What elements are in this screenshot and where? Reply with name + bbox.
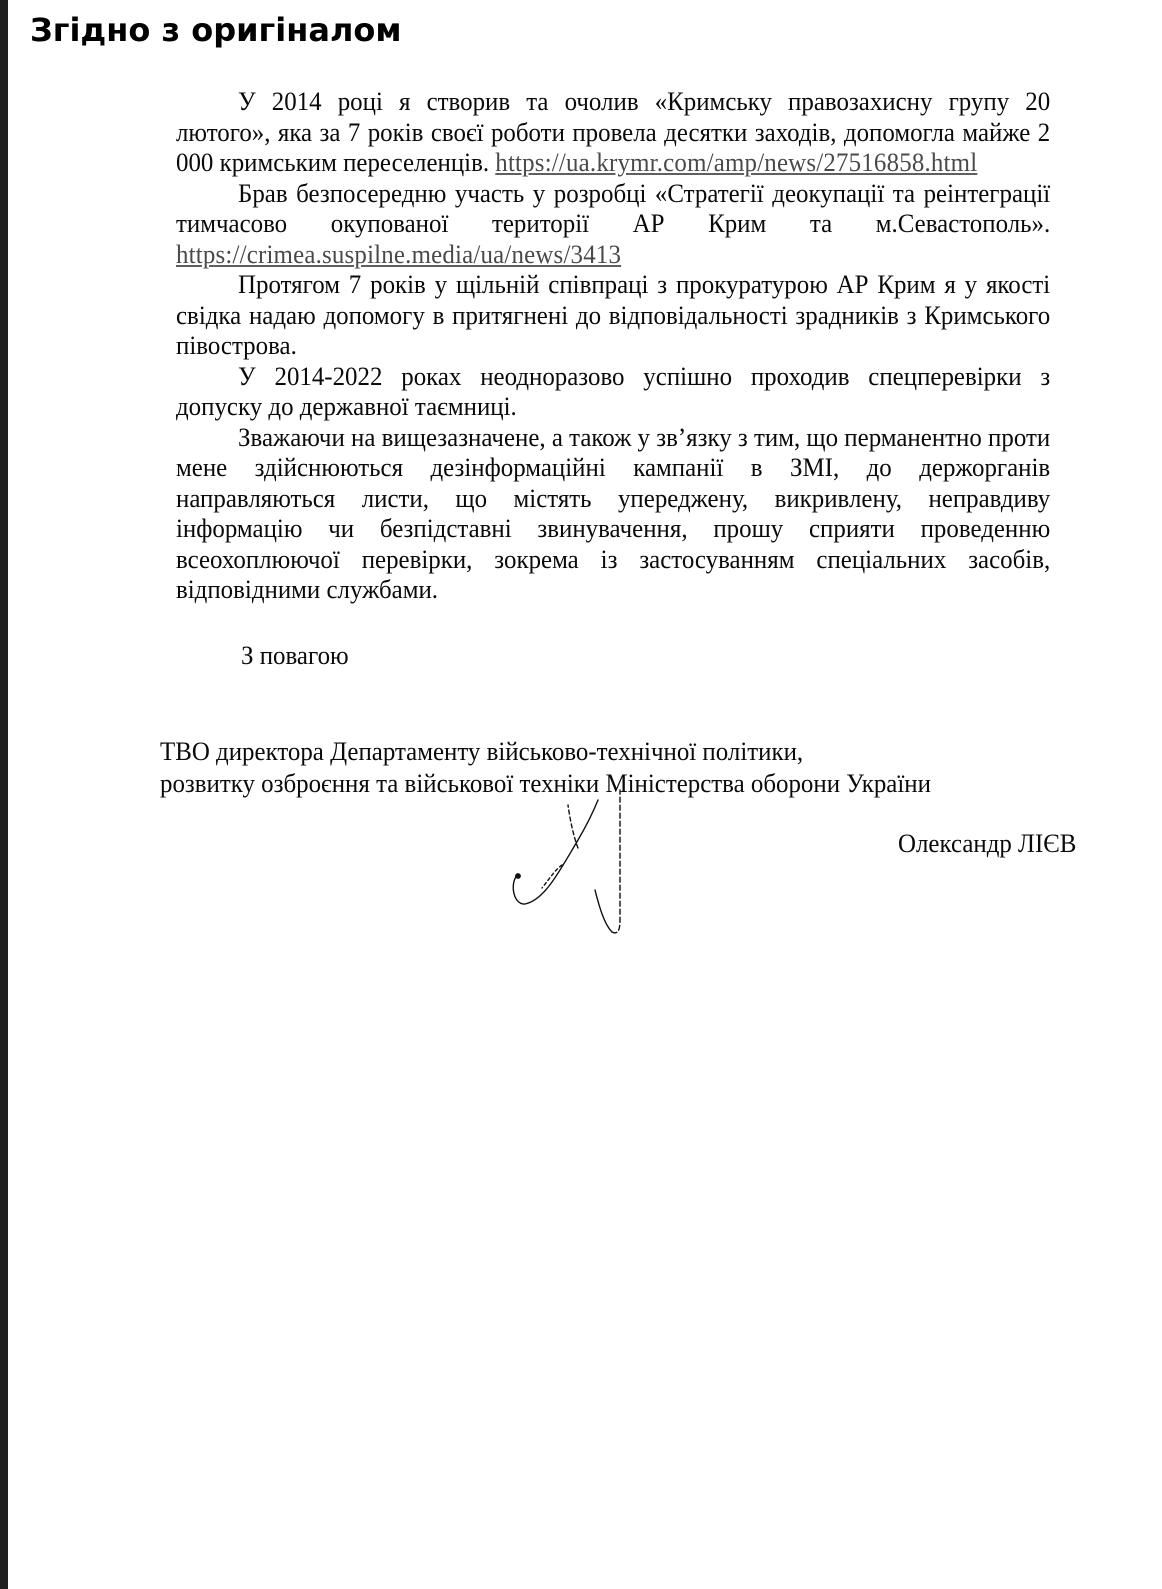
signatory-name: Олександр ЛІЄВ: [898, 828, 1076, 859]
handwritten-signature-icon: [500, 780, 660, 950]
suspilne-news-link[interactable]: https://crimea.suspilne.media/ua/news/34…: [176, 239, 621, 269]
left-edge-bar: [0, 0, 8, 1589]
paragraph-strategy: Брав безпосередню участь у розробці «Стр…: [176, 178, 1050, 270]
certification-stamp-title: Згідно з оригіналом: [30, 8, 402, 52]
letter-body: У 2014 році я створив та очолив «Кримськ…: [176, 86, 1050, 605]
closing-salutation: З повагою: [241, 640, 349, 671]
krymr-news-link[interactable]: https://ua.krymr.com/amp/news/27516858.h…: [495, 147, 977, 177]
paragraph-text: Брав безпосередню участь у розробці «Стр…: [176, 178, 1050, 239]
paragraph-security-clearance: У 2014-2022 роках неодноразово успішно п…: [176, 361, 1050, 422]
paragraph-prosecutor-cooperation: Протягом 7 років у щільній співпраці з п…: [176, 269, 1050, 361]
paragraph-request: Зважаючи на вищезазначене, а також у зв’…: [176, 422, 1050, 605]
paragraph-group-founding: У 2014 році я створив та очолив «Кримськ…: [176, 86, 1050, 178]
position-line-1: ТВО директора Департаменту військово-тех…: [160, 735, 1006, 767]
